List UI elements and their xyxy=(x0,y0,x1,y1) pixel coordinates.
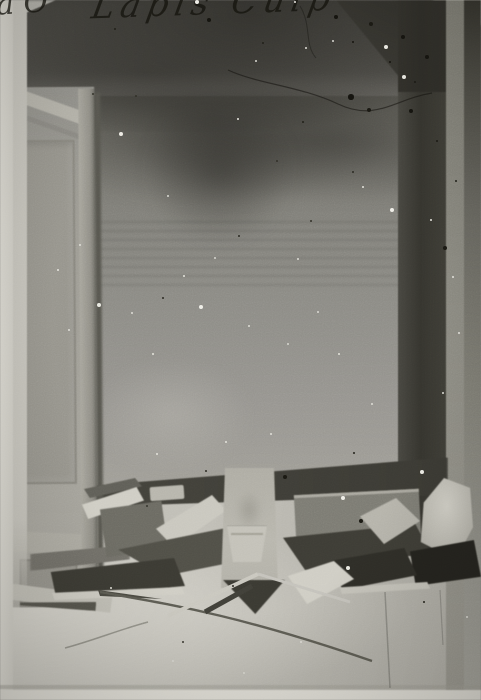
glass-rim-line xyxy=(231,533,263,535)
right-casement-edge xyxy=(446,0,464,700)
photo-right-edge xyxy=(464,0,481,700)
photo-bottom-border xyxy=(0,690,481,700)
faint-portrait-smudge xyxy=(235,490,263,530)
light-object-in-band xyxy=(150,485,185,501)
photo-scene xyxy=(0,0,481,700)
black-dust-specks xyxy=(0,0,2,2)
table-front-edge xyxy=(0,685,481,689)
right-frame-shadow-top xyxy=(398,0,448,92)
ink-inscription-left: a O xyxy=(0,0,49,23)
window-jamb xyxy=(13,0,27,612)
drinking-glass xyxy=(227,524,267,562)
photo-left-edge xyxy=(0,0,13,700)
faint-horizontal-streaks xyxy=(94,214,412,290)
vintage-photograph: a O Lapis Culp xyxy=(0,0,481,700)
view-light-haze xyxy=(88,356,256,474)
